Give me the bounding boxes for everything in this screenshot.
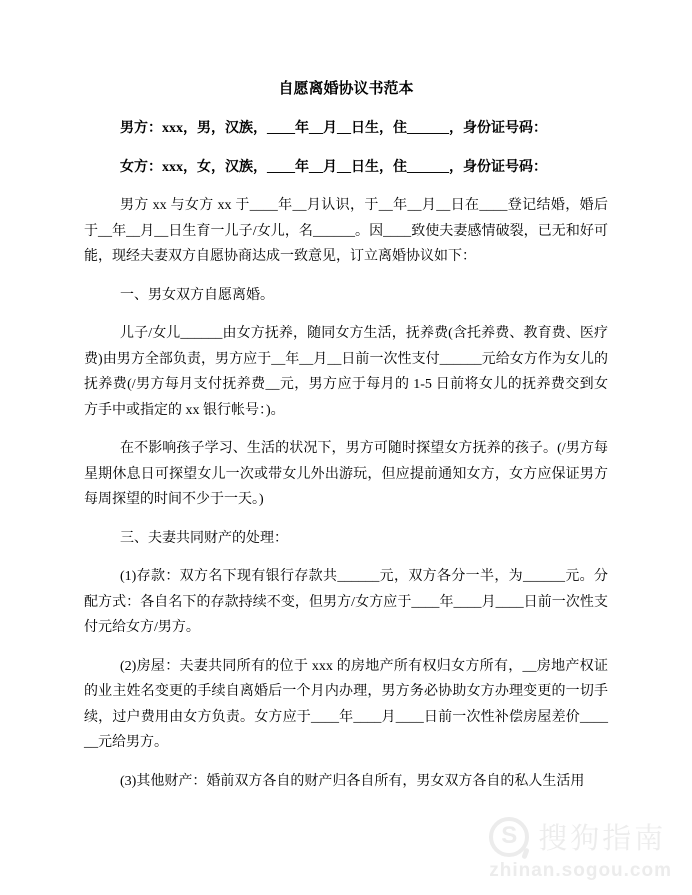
- watermark: S 搜狗指南 zhinan.sogou.com: [489, 816, 672, 882]
- document-body: 自愿离婚协议书范本 男方：xxx，男，汉族，____年__月__日生，住____…: [84, 77, 608, 807]
- paragraph: 男方：xxx，男，汉族，____年__月__日生，住______，身份证号码：: [84, 116, 608, 142]
- watermark-brand-row: S 搜狗指南: [489, 816, 672, 857]
- paragraph: 一、男女双方自愿离婚。: [84, 283, 608, 309]
- document-title: 自愿离婚协议书范本: [84, 77, 608, 102]
- paragraph: 在不影响孩子学习、生活的状况下，男方可随时探望女方抚养的孩子。(/男方每星期休息…: [84, 436, 608, 513]
- paragraph: 三、夫妻共同财产的处理：: [84, 526, 608, 552]
- paragraph: (2)房屋：夫妻共同所有的位于 xxx 的房地产所有权归女方所有，__房地产权证…: [84, 654, 608, 756]
- sogou-logo-letter: S: [501, 824, 517, 848]
- sogou-logo-icon: S: [489, 817, 529, 857]
- document-page: 自愿离婚协议书范本 男方：xxx，男，汉族，____年__月__日生，住____…: [0, 0, 692, 895]
- paragraph: (3)其他财产：婚前双方各自的财产归各自所有，男女双方各自的私人生活用: [84, 769, 608, 795]
- paragraph: 儿子/女儿______由女方抚养，随同女方生活，抚养费(含托养费、教育费、医疗费…: [84, 321, 608, 423]
- watermark-url-text: zhinan.sogou.com: [489, 860, 672, 882]
- paragraph: 男方 xx 与女方 xx 于____年__月认识，于__年__月__日在____…: [84, 193, 608, 270]
- watermark-brand-text: 搜狗指南: [538, 816, 666, 857]
- paragraph: 女方：xxx，女，汉族，____年__月__日生，住______，身份证号码：: [84, 155, 608, 181]
- paragraph: (1)存款：双方名下现有银行存款共______元，双方各分一半，为______元…: [84, 564, 608, 641]
